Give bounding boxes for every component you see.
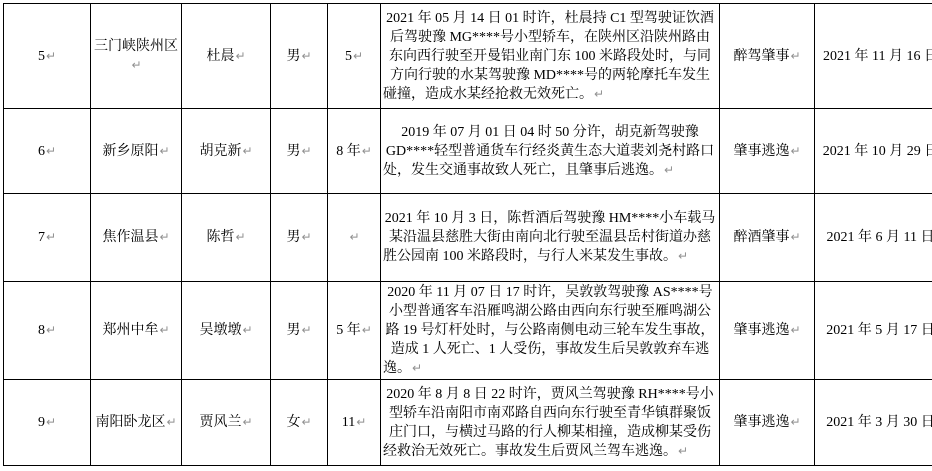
paragraph-mark-icon: ↵ bbox=[158, 144, 169, 158]
years-text: 5 年 bbox=[336, 323, 361, 338]
violations-table: 5↵ 三门峡陕州区↵ 杜晨↵ 男↵ 5↵ 2021 年 05 月 14 日 01… bbox=[3, 3, 932, 466]
gender-text: 男 bbox=[286, 230, 300, 245]
paragraph-mark-icon: ↵ bbox=[789, 230, 800, 244]
cell-incident-description: 2020 年 8 月 8 日 22 时许，贾风兰驾驶豫 RH****号小型轿车沿… bbox=[381, 380, 720, 466]
region-text: 郑州中牟 bbox=[102, 323, 158, 338]
paragraph-mark-icon: ↵ bbox=[677, 249, 688, 263]
cell-region: 郑州中牟↵ bbox=[91, 282, 182, 380]
paragraph-mark-icon: ↵ bbox=[789, 323, 800, 337]
paragraph-mark-icon: ↵ bbox=[158, 323, 169, 337]
description-text: 2020 年 11 月 07 日 17 时许，吴敦敦驾驶豫 AS****号小型普… bbox=[383, 285, 715, 376]
paragraph-mark-icon: ↵ bbox=[241, 415, 252, 429]
cell-violation-type: 肇事逃逸↵ bbox=[720, 109, 815, 194]
cell-region: 南阳卧龙区↵ bbox=[91, 380, 182, 466]
cell-region: 新乡原阳↵ bbox=[91, 109, 182, 194]
row-index: 5 bbox=[38, 49, 45, 64]
paragraph-mark-icon: ↵ bbox=[789, 49, 800, 63]
paragraph-mark-icon: ↵ bbox=[593, 87, 604, 101]
paragraph-mark-icon: ↵ bbox=[663, 163, 674, 177]
paragraph-mark-icon: ↵ bbox=[158, 230, 169, 244]
table-row: 7↵ 焦作温县↵ 陈哲↵ 男↵ ↵ 2021 年 10 月 3 日，陈哲酒后驾驶… bbox=[4, 194, 932, 282]
violation-type-text: 肇事逃逸 bbox=[733, 415, 789, 430]
years-text: 5 bbox=[345, 49, 352, 64]
violation-type-text: 醉驾肇事 bbox=[733, 49, 789, 64]
date-text: 2021 年 3 月 30 日 bbox=[826, 415, 932, 430]
paragraph-mark-icon: ↵ bbox=[348, 230, 359, 244]
paragraph-mark-icon: ↵ bbox=[300, 415, 311, 429]
paragraph-mark-icon: ↵ bbox=[300, 230, 311, 244]
cell-violation-type: 肇事逃逸↵ bbox=[720, 282, 815, 380]
cell-region: 焦作温县↵ bbox=[91, 194, 182, 282]
cell-name: 吴墩墩↵ bbox=[182, 282, 271, 380]
violation-type-text: 肇事逃逸 bbox=[733, 144, 789, 159]
row-index: 6 bbox=[38, 144, 45, 159]
paragraph-mark-icon: ↵ bbox=[234, 49, 245, 63]
cell-index: 8↵ bbox=[4, 282, 91, 380]
gender-text: 男 bbox=[286, 49, 300, 64]
name-text: 吴墩墩 bbox=[199, 323, 241, 338]
years-text: 8 年 bbox=[336, 144, 361, 159]
table-row: 8↵ 郑州中牟↵ 吴墩墩↵ 男↵ 5 年↵ 2020 年 11 月 07 日 1… bbox=[4, 282, 932, 380]
row-index: 7 bbox=[38, 230, 45, 245]
date-text: 2021 年 11 月 16 日 bbox=[823, 49, 932, 64]
paragraph-mark-icon: ↵ bbox=[789, 144, 800, 158]
cell-incident-description: 2019 年 07 月 01 日 04 时 50 分许，胡克新驾驶豫 GD***… bbox=[381, 109, 720, 194]
cell-publish-date: 2021 年 6 月 11 日↵ bbox=[815, 194, 932, 282]
gender-text: 男 bbox=[286, 144, 300, 159]
paragraph-mark-icon: ↵ bbox=[411, 361, 422, 375]
date-text: 2021 年 5 月 17 日 bbox=[826, 323, 932, 338]
paragraph-mark-icon: ↵ bbox=[677, 444, 688, 458]
paragraph-mark-icon: ↵ bbox=[45, 144, 56, 158]
cell-index: 6↵ bbox=[4, 109, 91, 194]
paragraph-mark-icon: ↵ bbox=[241, 323, 252, 337]
table-row: 6↵ 新乡原阳↵ 胡克新↵ 男↵ 8 年↵ 2019 年 07 月 01 日 0… bbox=[4, 109, 932, 194]
cell-license-years: 8 年↵ bbox=[328, 109, 381, 194]
cell-name: 杜晨↵ bbox=[182, 4, 271, 109]
cell-index: 9↵ bbox=[4, 380, 91, 466]
region-text: 南阳卧龙区 bbox=[95, 415, 165, 430]
paragraph-mark-icon: ↵ bbox=[361, 144, 372, 158]
cell-violation-type: 肇事逃逸↵ bbox=[720, 380, 815, 466]
paragraph-mark-icon: ↵ bbox=[352, 49, 363, 63]
cell-incident-description: 2021 年 10 月 3 日，陈哲酒后驾驶豫 HM****小车载马某沿温县慈胜… bbox=[381, 194, 720, 282]
paragraph-mark-icon: ↵ bbox=[130, 58, 141, 72]
row-index: 9 bbox=[38, 415, 45, 430]
name-text: 贾风兰 bbox=[199, 415, 241, 430]
violation-type-text: 肇事逃逸 bbox=[733, 323, 789, 338]
description-text: 2020 年 8 月 8 日 22 时许，贾风兰驾驶豫 RH****号小型轿车沿… bbox=[383, 387, 714, 459]
row-index: 8 bbox=[38, 323, 45, 338]
table-row: 9↵ 南阳卧龙区↵ 贾风兰↵ 女↵ 11↵ 2020 年 8 月 8 日 22 … bbox=[4, 380, 932, 466]
cell-publish-date: 2021 年 11 月 16 日↵ bbox=[815, 4, 932, 109]
gender-text: 男 bbox=[286, 323, 300, 338]
date-text: 2021 年 10 月 29 日 bbox=[823, 144, 932, 159]
cell-gender: 男↵ bbox=[271, 109, 328, 194]
cell-incident-description: 2021 年 05 月 14 日 01 时许，杜晨持 C1 型驾驶证饮酒后驾驶豫… bbox=[381, 4, 720, 109]
cell-license-years: 5↵ bbox=[328, 4, 381, 109]
paragraph-mark-icon: ↵ bbox=[300, 323, 311, 337]
cell-license-years: 11↵ bbox=[328, 380, 381, 466]
paragraph-mark-icon: ↵ bbox=[45, 415, 56, 429]
cell-incident-description: 2020 年 11 月 07 日 17 时许，吴敦敦驾驶豫 AS****号小型普… bbox=[381, 282, 720, 380]
cell-gender: 女↵ bbox=[271, 380, 328, 466]
cell-publish-date: 2021 年 10 月 29 日↵ bbox=[815, 109, 932, 194]
paragraph-mark-icon: ↵ bbox=[361, 323, 372, 337]
gender-text: 女 bbox=[286, 415, 300, 430]
cell-violation-type: 醉驾肇事↵ bbox=[720, 4, 815, 109]
cell-gender: 男↵ bbox=[271, 282, 328, 380]
cell-index: 5↵ bbox=[4, 4, 91, 109]
paragraph-mark-icon: ↵ bbox=[165, 415, 176, 429]
cell-name: 陈哲↵ bbox=[182, 194, 271, 282]
violation-type-text: 醉酒肇事 bbox=[733, 230, 789, 245]
description-text: 2021 年 05 月 14 日 01 时许，杜晨持 C1 型驾驶证饮酒后驾驶豫… bbox=[383, 11, 714, 102]
cell-index: 7↵ bbox=[4, 194, 91, 282]
paragraph-mark-icon: ↵ bbox=[300, 49, 311, 63]
region-text: 新乡原阳 bbox=[102, 144, 158, 159]
cell-gender: 男↵ bbox=[271, 194, 328, 282]
paragraph-mark-icon: ↵ bbox=[355, 415, 366, 429]
paragraph-mark-icon: ↵ bbox=[300, 144, 311, 158]
cell-name: 胡克新↵ bbox=[182, 109, 271, 194]
paragraph-mark-icon: ↵ bbox=[45, 230, 56, 244]
cell-license-years: 5 年↵ bbox=[328, 282, 381, 380]
paragraph-mark-icon: ↵ bbox=[789, 415, 800, 429]
cell-publish-date: 2021 年 5 月 17 日↵ bbox=[815, 282, 932, 380]
paragraph-mark-icon: ↵ bbox=[241, 144, 252, 158]
region-text: 焦作温县 bbox=[102, 230, 158, 245]
paragraph-mark-icon: ↵ bbox=[234, 230, 245, 244]
description-text: 2021 年 10 月 3 日，陈哲酒后驾驶豫 HM****小车载马某沿温县慈胜… bbox=[383, 211, 715, 264]
years-text: 11 bbox=[342, 415, 355, 430]
paragraph-mark-icon: ↵ bbox=[45, 49, 56, 63]
cell-violation-type: 醉酒肇事↵ bbox=[720, 194, 815, 282]
cell-publish-date: 2021 年 3 月 30 日↵ bbox=[815, 380, 932, 466]
name-text: 陈哲 bbox=[206, 230, 234, 245]
document-page: 5↵ 三门峡陕州区↵ 杜晨↵ 男↵ 5↵ 2021 年 05 月 14 日 01… bbox=[0, 0, 932, 466]
cell-license-years: ↵ bbox=[328, 194, 381, 282]
paragraph-mark-icon: ↵ bbox=[45, 323, 56, 337]
date-text: 2021 年 6 月 11 日 bbox=[826, 230, 932, 245]
table-row: 5↵ 三门峡陕州区↵ 杜晨↵ 男↵ 5↵ 2021 年 05 月 14 日 01… bbox=[4, 4, 932, 109]
cell-gender: 男↵ bbox=[271, 4, 328, 109]
name-text: 胡克新 bbox=[199, 144, 241, 159]
cell-name: 贾风兰↵ bbox=[182, 380, 271, 466]
region-text: 三门峡陕州区 bbox=[94, 39, 178, 54]
cell-region: 三门峡陕州区↵ bbox=[91, 4, 182, 109]
name-text: 杜晨 bbox=[206, 49, 234, 64]
